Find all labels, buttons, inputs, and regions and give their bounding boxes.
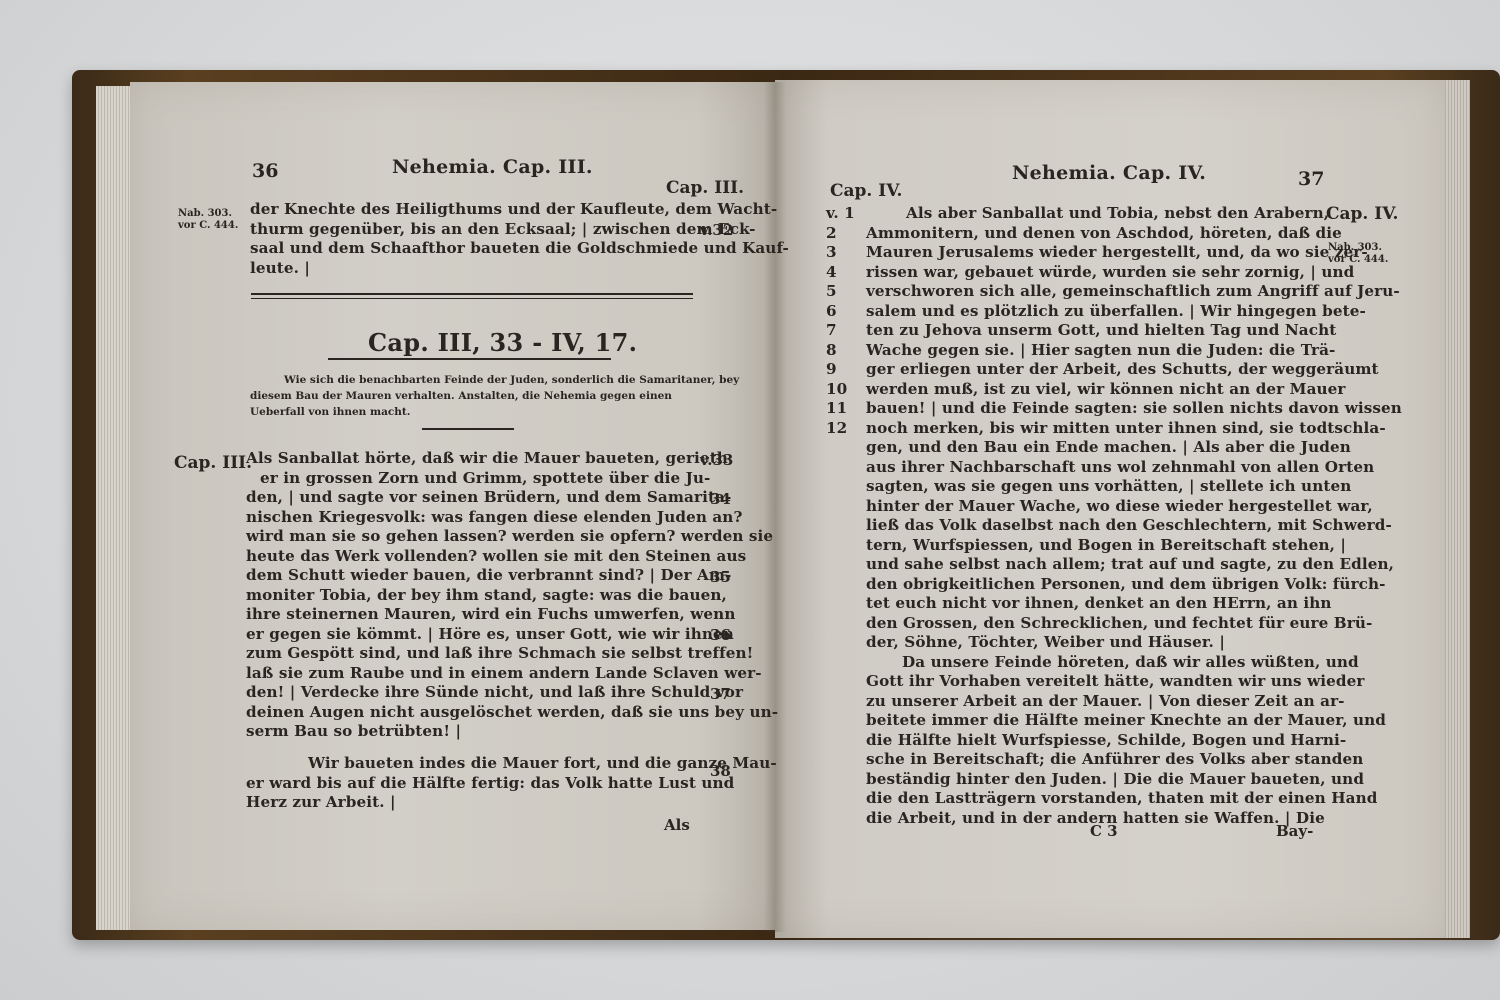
text-line: serm Bau so betrübten! | — [246, 722, 778, 742]
page-number-right: 37 — [1298, 168, 1324, 190]
verse-number: 3 — [826, 243, 862, 263]
text-line: die Hälfte hielt Wurfspiesse, Schilde, B… — [866, 731, 1402, 751]
chapter-marker-left-body: Cap. III. — [174, 453, 252, 473]
verse-number: 4 — [826, 263, 862, 283]
text-line: Als Sanballat hörte, daß wir die Mauer b… — [246, 449, 778, 469]
text-line: aus ihrer Nachbarschaft uns wol zehnmahl… — [866, 458, 1402, 478]
chapter-marker-right-top: Cap. IV. — [830, 181, 902, 201]
text-line: salem und es plötzlich zu überfallen. | … — [866, 302, 1402, 322]
text-line: werden muß, ist zu viel, wir können nich… — [866, 380, 1402, 400]
text-line: Ammonitern, und denen von Aschdod, höret… — [866, 224, 1402, 244]
printer-signature: C 3 — [1090, 822, 1118, 840]
text-line: zum Gespött sind, und laß ihre Schmach s… — [246, 644, 778, 664]
text-line: den obrigkeitlichen Personen, und dem üb… — [866, 575, 1402, 595]
verse-number: v.33 — [700, 451, 733, 469]
text-line: Wache gegen sie. | Hier sagten nun die J… — [866, 341, 1402, 361]
text-line: gen, und den Bau ein Ende machen. | Als … — [866, 438, 1402, 458]
text-line: die Arbeit, und in der andern hatten sie… — [866, 809, 1402, 829]
text-line: rissen war, gebauet würde, wurden sie se… — [866, 263, 1402, 283]
text-line: tet euch nicht vor ihnen, denket an den … — [866, 594, 1402, 614]
text-line: der Knechte des Heiligthums und der Kauf… — [250, 200, 789, 220]
verse-number: 37 — [710, 685, 731, 703]
summary-line: Wie sich die benachbarten Feinde der Jud… — [284, 372, 739, 388]
text-line: tern, Wurfspiessen, und Bogen in Bereits… — [866, 536, 1402, 556]
verse-number: 36 — [710, 626, 731, 644]
text-line: beständig hinter den Juden. | Die die Ma… — [866, 770, 1402, 790]
text-line: den Grossen, den Schrecklichen, und fech… — [866, 614, 1402, 634]
verse-number: 6 — [826, 302, 862, 322]
text-line: und sahe selbst nach allem; trat auf und… — [866, 555, 1402, 575]
text-line: nischen Kriegesvolk: was fangen diese el… — [246, 508, 778, 528]
text-line: er in grossen Zorn und Grimm, spottete ü… — [246, 469, 778, 489]
summary-line: diesem Bau der Mauren verhalten. Anstalt… — [250, 388, 739, 404]
section-title: Cap. III, 33 - IV, 17. — [368, 328, 637, 357]
text-line: zu unserer Arbeit an der Mauer. | Von di… — [866, 692, 1402, 712]
running-head-right: Nehemia. Cap. IV. — [1012, 162, 1206, 184]
summary-line: Ueberfall von ihnen macht. — [250, 404, 739, 420]
verse-number: 35 — [710, 568, 731, 586]
text-line: beitete immer die Hälfte meiner Knechte … — [866, 711, 1402, 731]
text-line: ger erliegen unter der Arbeit, des Schut… — [866, 360, 1402, 380]
text-line: er ward bis auf die Hälfte fertig: das V… — [246, 774, 777, 794]
text-line: bauen! | und die Feinde sagten: sie soll… — [866, 399, 1402, 419]
running-head-left: Nehemia. Cap. III. — [392, 156, 593, 178]
page-number-left: 36 — [252, 160, 278, 182]
text-line: dem Schutt wieder bauen, die verbrannt s… — [246, 566, 778, 586]
text-line: Wir baueten indes die Mauer fort, und di… — [246, 754, 777, 774]
opening-text-block: der Knechte des Heiligthums und der Kauf… — [250, 200, 789, 278]
paragraph-38: Wir baueten indes die Mauer fort, und di… — [246, 754, 777, 813]
catchword-left: Als — [664, 816, 690, 834]
verse-number: 5 — [826, 282, 862, 302]
text-line: ließ das Volk daselbst nach den Geschlec… — [866, 516, 1402, 536]
text-line: hinter der Mauer Wache, wo diese wieder … — [866, 497, 1402, 517]
sidenote-line: vor C. 444. — [178, 220, 238, 232]
text-line: er gegen sie kömmt. | Höre es, unser Got… — [246, 625, 778, 645]
verse-number: 38 — [710, 762, 731, 780]
verse-number: 9 — [826, 360, 862, 380]
double-rule-top — [251, 293, 693, 295]
text-line: verschworen sich alle, gemeinschaftlich … — [866, 282, 1402, 302]
text-line: Als aber Sanballat und Tobia, nebst den … — [866, 204, 1402, 224]
verse-number: v. 1 — [826, 204, 862, 224]
section-summary: Wie sich die benachbarten Feinde der Jud… — [284, 372, 739, 420]
verse-number: 11 — [826, 399, 862, 419]
text-line: ihre steinernen Mauren, wird ein Fuchs u… — [246, 605, 778, 625]
verse-number-column: v. 1 2 3 4 5 6 7 8 9 10 11 12 — [826, 204, 862, 438]
text-line: moniter Tobia, der bey ihm stand, sagte:… — [246, 586, 778, 606]
text-line: die den Lastträgern vorstanden, thaten m… — [866, 789, 1402, 809]
text-line: Gott ihr Vorhaben vereitelt hätte, wandt… — [866, 672, 1402, 692]
body-text-block-right: Als aber Sanballat und Tobia, nebst den … — [866, 204, 1402, 828]
text-line: ten zu Jehova unserm Gott, und hielten T… — [866, 321, 1402, 341]
double-rule-bottom — [251, 298, 693, 299]
text-line: Herz zur Arbeit. | — [246, 793, 777, 813]
text-line: Mauren Jerusalems wieder hergestellt, un… — [866, 243, 1402, 263]
body-text-block-left: Als Sanballat hörte, daß wir die Mauer b… — [246, 449, 778, 742]
text-line: sche in Bereitschaft; die Anführer des V… — [866, 750, 1402, 770]
sidenote-line: Nab. 303. — [178, 208, 238, 220]
catchword-right: Bay- — [1276, 822, 1313, 840]
text-line: laß sie zum Raube und in einem andern La… — [246, 664, 778, 684]
verse-number: 10 — [826, 380, 862, 400]
verse-number: v.32 — [700, 221, 733, 239]
text-line: leute. | — [250, 259, 789, 279]
text-line: heute das Werk vollenden? wollen sie mit… — [246, 547, 778, 567]
text-line: deinen Augen nicht ausgelöschet werden, … — [246, 703, 778, 723]
text-line: saal und dem Schaafthor baueten die Gold… — [250, 239, 789, 259]
text-line: Da unsere Feinde höreten, daß wir alles … — [866, 653, 1402, 673]
verse-number: 8 — [826, 341, 862, 361]
text-line: sagten, was sie gegen uns vorhätten, | s… — [866, 477, 1402, 497]
sidenote-left: Nab. 303. vor C. 444. — [178, 208, 238, 232]
summary-divider — [422, 428, 514, 430]
text-line: den! | Verdecke ihre Sünde nicht, und la… — [246, 683, 778, 703]
verse-number: 12 — [826, 419, 862, 439]
text-line: den, | und sagte vor seinen Brüdern, und… — [246, 488, 778, 508]
text-line: wird man sie so gehen lassen? werden sie… — [246, 527, 778, 547]
text-line: der, Söhne, Töchter, Weiber und Häuser. … — [866, 633, 1402, 653]
chapter-marker-left-top: Cap. III. — [666, 178, 744, 198]
verse-number: 34 — [710, 490, 731, 508]
text-line: noch merken, bis wir mitten unter ihnen … — [866, 419, 1402, 439]
verse-number: 7 — [826, 321, 862, 341]
title-underline — [328, 358, 611, 360]
verse-number: 2 — [826, 224, 862, 244]
